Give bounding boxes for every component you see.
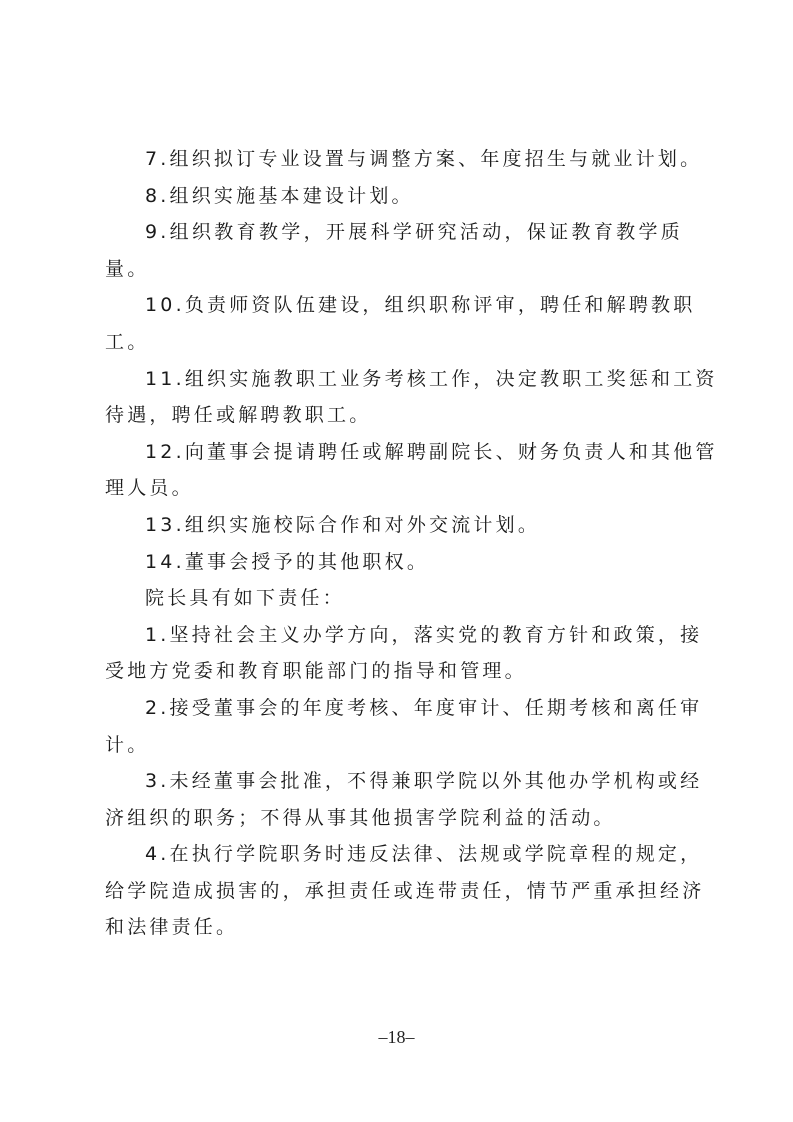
text-line: 工。 (105, 324, 683, 361)
text-line: 4.在执行学院职务时违反法律、法规或学院章程的规定， (105, 836, 683, 873)
text-line: 10.负责师资队伍建设，组织职称评审，聘任和解聘教职 (105, 287, 683, 324)
text-line: 8.组织实施基本建设计划。 (105, 178, 683, 215)
body-text: 7.组织拟订专业设置与调整方案、年度招生与就业计划。 8.组织实施基本建设计划。… (105, 141, 683, 946)
text-line: 待遇，聘任或解聘教职工。 (105, 397, 683, 434)
text-line: 2.接受董事会的年度考核、年度审计、任期考核和离任审 (105, 690, 683, 727)
document-page: 7.组织拟订专业设置与调整方案、年度招生与就业计划。 8.组织实施基本建设计划。… (0, 0, 793, 1122)
text-line: 理人员。 (105, 470, 683, 507)
text-line: 7.组织拟订专业设置与调整方案、年度招生与就业计划。 (105, 141, 683, 178)
text-line: 11.组织实施教职工业务考核工作，决定教职工奖惩和工资 (105, 361, 683, 398)
page-number: –18– (0, 1027, 793, 1048)
text-line: 3.未经董事会批准，不得兼职学院以外其他办学机构或经 (105, 763, 683, 800)
text-line: 给学院造成损害的，承担责任或连带责任，情节严重承担经济 (105, 873, 683, 910)
text-line: 9.组织教育教学，开展科学研究活动，保证教育教学质 (105, 214, 683, 251)
text-line: 量。 (105, 251, 683, 288)
section-heading: 院长具有如下责任： (105, 580, 683, 617)
text-line: 受地方党委和教育职能部门的指导和管理。 (105, 653, 683, 690)
text-line: 和法律责任。 (105, 909, 683, 946)
text-line: 计。 (105, 727, 683, 764)
text-line: 14.董事会授予的其他职权。 (105, 544, 683, 581)
text-line: 济组织的职务；不得从事其他损害学院利益的活动。 (105, 800, 683, 837)
text-line: 1.坚持社会主义办学方向，落实党的教育方针和政策，接 (105, 617, 683, 654)
text-line: 12.向董事会提请聘任或解聘副院长、财务负责人和其他管 (105, 434, 683, 471)
text-line: 13.组织实施校际合作和对外交流计划。 (105, 507, 683, 544)
